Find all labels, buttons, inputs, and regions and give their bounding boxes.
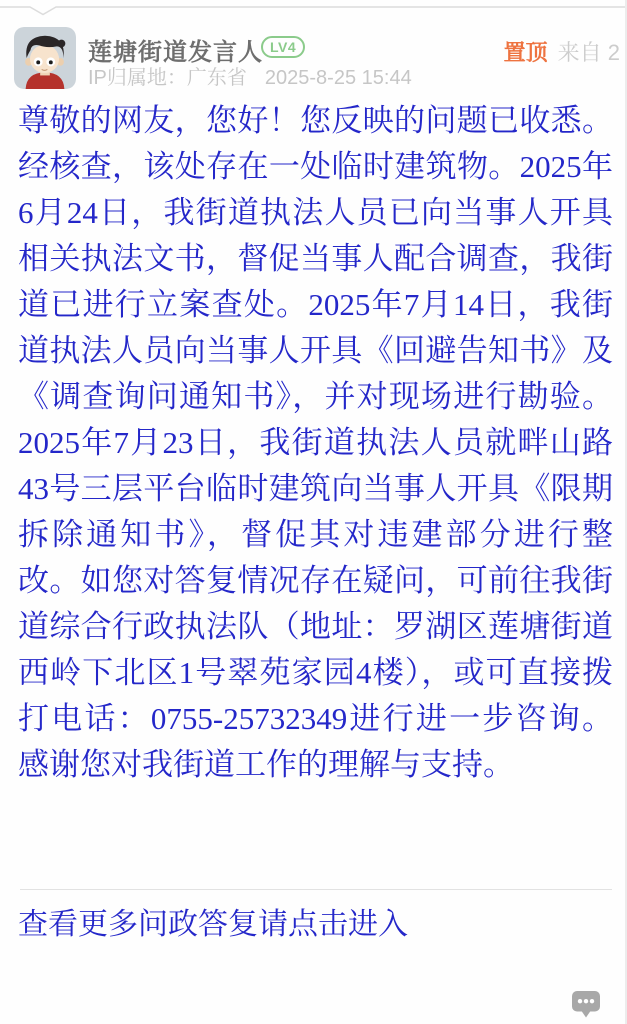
tab-pointer-notch — [0, 0, 627, 20]
ip-location-label: IP归属地：广东省 — [88, 67, 247, 89]
pinned-badge: 置顶 — [504, 40, 548, 65]
source-label[interactable]: 来自 2 — [558, 40, 620, 65]
post-body-text: 尊敬的网友，您好！您反映的问题已收悉。经核查，该处存在一处临时建筑物。2025年… — [18, 98, 613, 788]
footer-divider — [20, 889, 612, 890]
boy-cartoon-avatar-icon — [14, 27, 76, 89]
header-right-badges: 置顶来自 2 — [504, 36, 620, 67]
post-card: 莲塘街道发言人 LV4 置顶来自 2 IP归属地：广东省2025-8-25 15… — [0, 0, 627, 1024]
avatar[interactable] — [14, 27, 76, 89]
post-timestamp: 2025-8-25 15:44 — [265, 67, 412, 89]
more-replies-link[interactable]: 查看更多问政答复请点击进入 — [18, 903, 408, 947]
comment-bubble-icon[interactable] — [571, 990, 601, 1019]
post-meta-row: IP归属地：广东省2025-8-25 15:44 — [88, 61, 412, 90]
level-badge: LV4 — [261, 36, 305, 58]
